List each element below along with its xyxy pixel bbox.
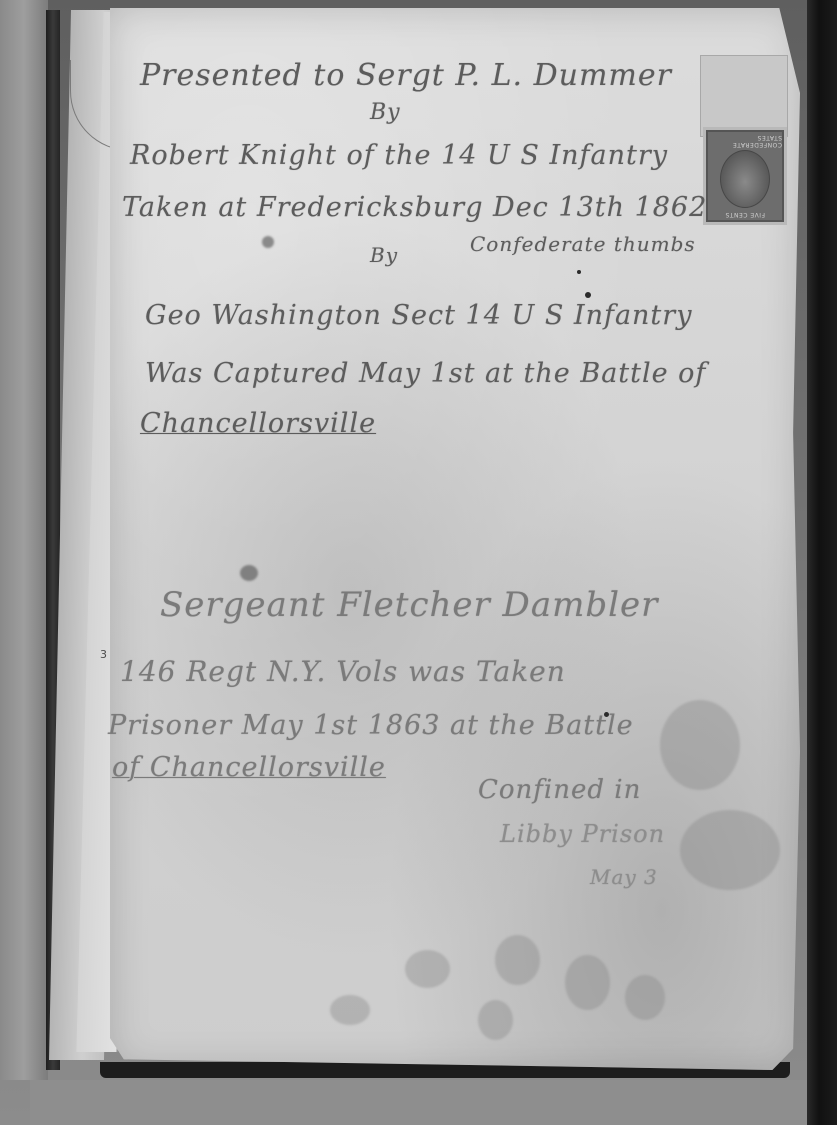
ink-blot [585, 292, 591, 298]
inscription-line-by: By [370, 100, 401, 125]
water-stain [495, 935, 540, 985]
inscription-line-confederate-thumbs: Confederate thumbs [470, 232, 696, 256]
water-stain [625, 975, 665, 1020]
inscription-line-by-2: By [370, 243, 398, 267]
water-stain [660, 700, 740, 790]
inscription-line-confined-in: Confined in [478, 775, 641, 805]
inscription-line-geo-washington: Geo Washington Sect 14 U S Infantry [145, 300, 692, 331]
stamp-portrait-icon [720, 151, 770, 209]
inscription-line-was-captured: Was Captured May 1st at the Battle of [145, 358, 706, 389]
inscription-line-presented: Presented to Sergt P. L. Dummer [140, 58, 672, 93]
water-stain [565, 955, 610, 1010]
scanner-frame-edge [807, 0, 837, 1125]
water-stain [330, 995, 370, 1025]
inscription-line-of-chancellorsville: of Chancellorsville [112, 752, 386, 783]
water-stain [240, 565, 258, 581]
water-stain [680, 810, 780, 890]
inscription-line-146-regt: 146 Regt N.Y. Vols was Taken [120, 655, 566, 688]
water-stain [405, 950, 450, 988]
stamp-issuer-text: CONFEDERATE STATES [708, 134, 782, 148]
stamp-backing-patch [700, 55, 788, 137]
inscription-line-robert-knight: Robert Knight of the 14 U S Infantry [130, 140, 668, 171]
inscription-line-taken-fredericksburg: Taken at Fredericksburg Dec 13th 1862 [122, 192, 707, 223]
inscription-line-sergeant-fletcher: Sergeant Fletcher Dambler [160, 585, 658, 625]
inscription-line-prisoner: Prisoner May 1st 1863 at the Battle [108, 710, 634, 741]
scanner-bed [30, 1080, 807, 1125]
inscription-line-chancellorsville: Chancellorsville [140, 408, 376, 439]
inscription-line-libby-prison: Libby Prison [500, 820, 665, 848]
confederate-stamp: FIVE CENTS CONFEDERATE STATES [706, 130, 784, 222]
inscription-line-may-3: May 3 [590, 865, 658, 889]
book-front-cover [0, 0, 48, 1080]
ink-blot [577, 270, 581, 274]
stamp-value-text: FIVE CENTS [725, 211, 765, 218]
water-stain [262, 236, 274, 248]
water-stain [478, 1000, 513, 1040]
margin-page-mark: 3 [100, 648, 107, 661]
